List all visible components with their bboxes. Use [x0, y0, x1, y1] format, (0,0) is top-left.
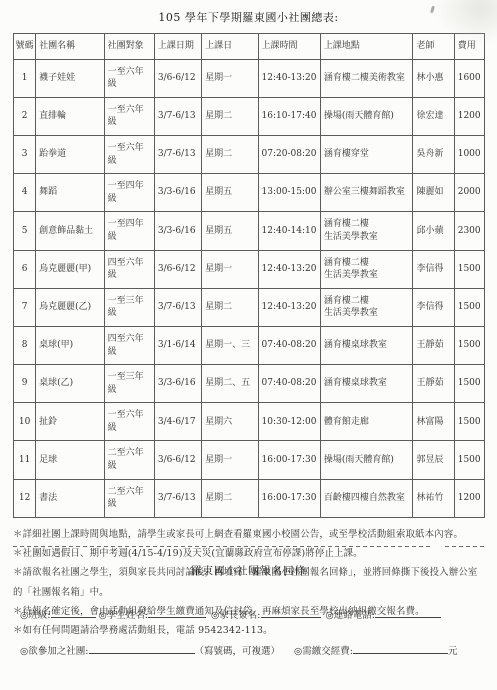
cell-teacher: 吳舟新 — [413, 135, 454, 173]
cell-dates: 3/6-6/12 — [154, 59, 201, 97]
club-choice-field-hint: （寫號碼，可複選） — [195, 646, 281, 657]
cell-fee: 1500 — [454, 365, 484, 403]
cell-weekday: 星期二 — [202, 135, 258, 173]
reply-form-row-2: ◎欲參加之社團:（寫號碼，可複選）◎需繳交經費:元 — [20, 643, 497, 657]
cell-number: 10 — [14, 403, 36, 441]
table-row: 11足球二至六年級3/6-6/12星期一16:00-17:30操場(雨天體育館)… — [14, 441, 485, 479]
cell-fee: 1600 — [454, 59, 484, 97]
cell-time: 07:20-08:20 — [258, 135, 320, 173]
cell-dates: 3/7-6/13 — [154, 479, 201, 517]
cell-number: 4 — [14, 174, 36, 212]
cell-number: 8 — [14, 326, 36, 364]
cell-target: 一至六年級 — [104, 59, 154, 97]
cell-fee: 1200 — [454, 479, 484, 517]
cell-club-name: 桌球(乙) — [36, 365, 104, 403]
cell-club-name: 襪子娃娃 — [36, 59, 104, 97]
cell-weekday: 星期一、三 — [202, 326, 258, 364]
col-header-teacher: 老師 — [413, 34, 454, 60]
col-header-dates: 上課日期 — [154, 34, 201, 60]
col-header-location: 上課地點 — [320, 34, 413, 60]
cell-club-name: 跆拳道 — [36, 135, 104, 173]
cell-target: 二至六年級 — [104, 479, 154, 517]
cell-teacher: 王靜茹 — [413, 365, 454, 403]
cell-target: 一至三年級 — [104, 365, 154, 403]
cell-teacher: 李信得 — [413, 288, 454, 326]
cell-fee: 2300 — [454, 212, 484, 250]
cell-weekday: 星期二 — [202, 97, 258, 135]
table-body: 1襪子娃娃一至六年級3/6-6/12星期一12:40-13:20涵育樓二樓美術教… — [14, 59, 485, 517]
cell-dates: 3/6-6/12 — [154, 441, 201, 479]
cell-teacher: 邱小蘋 — [413, 212, 454, 250]
reply-form-row-1: ◎班級:◎學生姓名:◎家長簽名:◎連絡電話: — [20, 607, 497, 621]
cell-location: 涵育樓二樓 生活美學教室 — [320, 250, 413, 288]
cell-target: 一至三年級 — [104, 288, 154, 326]
col-header-target: 社團對象 — [104, 34, 154, 60]
col-header-number: 號碼 — [14, 34, 36, 60]
cell-club-name: 書法 — [36, 479, 104, 517]
cell-number: 6 — [14, 250, 36, 288]
cell-dates: 3/3-6/16 — [154, 174, 201, 212]
cell-weekday: 星期二 — [202, 479, 258, 517]
student-name-blank-line — [148, 608, 206, 618]
table-row: 3跆拳道一至六年級3/7-6/13星期二07:20-08:20涵育樓穿堂吳舟新1… — [14, 135, 485, 173]
table-row: 4舞蹈一至四年級3/3-6/16星期五13:00-15:00辦公室三樓舞蹈教室陳… — [14, 174, 485, 212]
cell-dates: 3/6-6/12 — [154, 250, 201, 288]
cut-line-segment — [445, 545, 487, 547]
cell-dates: 3/3-6/16 — [154, 212, 201, 250]
table-row: 7烏克麗麗(乙)一至三年級3/7-6/13星期二12:40-13:20涵育樓二樓… — [14, 288, 485, 326]
parent-signature-blank-line — [261, 608, 321, 618]
cell-location: 涵育樓二樓 生活美學教室 — [320, 212, 413, 250]
cell-target: 一至六年級 — [104, 135, 154, 173]
cell-fee: 1500 — [454, 326, 484, 364]
cell-club-name: 直排輪 — [36, 97, 104, 135]
club-schedule-table: 號碼 社團名稱 社團對象 上課日期 上課日 上課時間 上課地點 老師 費用 1襪… — [13, 33, 485, 518]
cell-weekday: 星期六 — [202, 403, 258, 441]
cell-fee: 1500 — [454, 288, 484, 326]
page-title: 105 學年下學期羅東國小社團總表: — [0, 0, 497, 25]
cell-teacher: 林祐竹 — [413, 479, 454, 517]
contact-phone-field-label: ◎連絡電話: — [326, 610, 376, 621]
cell-location: 操場(雨天體育館) — [320, 97, 413, 135]
class-field-label: ◎班級: — [20, 610, 51, 621]
cell-location: 涵育樓穿堂 — [320, 135, 413, 173]
cell-weekday: 星期二、五 — [202, 365, 258, 403]
cell-club-name: 桌球(甲) — [36, 326, 104, 364]
cell-dates: 3/1-6/14 — [154, 326, 201, 364]
col-header-time: 上課時間 — [258, 34, 320, 60]
cell-dates: 3/3-6/16 — [154, 365, 201, 403]
class-blank-line — [51, 608, 96, 618]
cell-location: 涵育樓桌球教室 — [320, 326, 413, 364]
cell-teacher: 林富陽 — [413, 403, 454, 441]
cell-number: 3 — [14, 135, 36, 173]
cell-location: 百齡樓四樓自然教室 — [320, 479, 413, 517]
cell-club-name: 足球 — [36, 441, 104, 479]
fee-due-field-label: ◎需繳交經費: — [294, 646, 353, 657]
cell-number: 5 — [14, 212, 36, 250]
parent-signature-field-label: ◎家長簽名: — [211, 610, 261, 621]
reply-slip-section: 羅東國小社團報名回條 ◎班級:◎學生姓名:◎家長簽名:◎連絡電話: ◎欲參加之社… — [0, 541, 497, 690]
cell-target: 四至六年級 — [104, 250, 154, 288]
cell-dates: 3/4-6/17 — [154, 403, 201, 441]
cut-line — [13, 545, 487, 547]
cell-target: 一至四年級 — [104, 174, 154, 212]
cell-fee: 2000 — [454, 174, 484, 212]
cell-location: 體育館走廊 — [320, 403, 413, 441]
scanned-document-page: 105 學年下學期羅東國小社團總表: 號碼 社團名稱 社團對象 上課日期 上課日… — [0, 0, 497, 690]
cell-time: 07:40-08:20 — [258, 365, 320, 403]
cell-weekday: 星期一 — [202, 441, 258, 479]
club-choice-field-label: ◎欲參加之社團: — [20, 646, 89, 657]
cell-club-name: 扯鈴 — [36, 403, 104, 441]
cell-number: 2 — [14, 97, 36, 135]
cell-fee: 1200 — [454, 97, 484, 135]
cell-teacher: 王靜茹 — [413, 326, 454, 364]
cell-location: 涵育樓二樓美術教室 — [320, 59, 413, 97]
table-row: 1襪子娃娃一至六年級3/6-6/12星期一12:40-13:20涵育樓二樓美術教… — [14, 59, 485, 97]
cell-location: 辦公室三樓舞蹈教室 — [320, 174, 413, 212]
cell-dates: 3/7-6/13 — [154, 288, 201, 326]
table-row: 2直排輪一至六年級3/7-6/13星期二16:10-17:40操場(雨天體育館)… — [14, 97, 485, 135]
cell-time: 12:40-14:10 — [258, 212, 320, 250]
cell-target: 四至六年級 — [104, 326, 154, 364]
fee-unit-label: 元 — [448, 646, 458, 657]
cell-number: 1 — [14, 59, 36, 97]
cell-time: 13:00-15:00 — [258, 174, 320, 212]
cell-location: 涵育樓二樓 生活美學教室 — [320, 288, 413, 326]
cell-club-name: 創意飾品黏土 — [36, 212, 104, 250]
fee-due-blank-line — [353, 644, 448, 654]
cell-teacher: 陳麗如 — [413, 174, 454, 212]
cell-dates: 3/7-6/13 — [154, 135, 201, 173]
cell-time: 12:40-13:20 — [258, 59, 320, 97]
cell-time: 10:30-12:00 — [258, 403, 320, 441]
table-row: 10扯鈴一至六年級3/4-6/17星期六10:30-12:00體育館走廊林富陽1… — [14, 403, 485, 441]
table-row: 6烏克麗麗(甲)四至六年級3/6-6/12星期一12:40-13:20涵育樓二樓… — [14, 250, 485, 288]
cell-fee: 1500 — [454, 441, 484, 479]
student-name-field-label: ◎學生姓名: — [99, 610, 149, 621]
cut-line-segment — [13, 545, 432, 547]
cell-target: 一至六年級 — [104, 97, 154, 135]
col-header-club-name: 社團名稱 — [36, 34, 104, 60]
col-header-weekday: 上課日 — [202, 34, 258, 60]
cell-club-name: 烏克麗麗(甲) — [36, 250, 104, 288]
table-row: 9桌球(乙)一至三年級3/3-6/16星期二、五07:40-08:20涵育樓桌球… — [14, 365, 485, 403]
cell-weekday: 星期一 — [202, 250, 258, 288]
cell-number: 11 — [14, 441, 36, 479]
cell-teacher: 郭昱辰 — [413, 441, 454, 479]
reply-slip-title: 羅東國小社團報名回條 — [0, 563, 497, 578]
contact-phone-blank-line — [375, 608, 441, 618]
cell-club-name: 烏克麗麗(乙) — [36, 288, 104, 326]
cell-time: 16:00-17:30 — [258, 479, 320, 517]
cell-teacher: 徐宏達 — [413, 97, 454, 135]
cell-target: 二至六年級 — [104, 441, 154, 479]
cell-target: 一至四年級 — [104, 212, 154, 250]
cell-weekday: 星期五 — [202, 174, 258, 212]
cell-time: 07:40-08:20 — [258, 326, 320, 364]
table-row: 12書法二至六年級3/7-6/13星期二16:00-17:30百齡樓四樓自然教室… — [14, 479, 485, 517]
cell-number: 7 — [14, 288, 36, 326]
cell-dates: 3/7-6/13 — [154, 97, 201, 135]
cell-fee: 1000 — [454, 135, 484, 173]
cell-teacher: 林小惠 — [413, 59, 454, 97]
cell-fee: 1500 — [454, 250, 484, 288]
cell-location: 涵育樓桌球教室 — [320, 365, 413, 403]
cell-time: 12:40-13:20 — [258, 250, 320, 288]
cell-weekday: 星期一 — [202, 59, 258, 97]
cell-club-name: 舞蹈 — [36, 174, 104, 212]
table-header-row: 號碼 社團名稱 社團對象 上課日期 上課日 上課時間 上課地點 老師 費用 — [14, 34, 485, 60]
cell-time: 16:00-17:30 — [258, 441, 320, 479]
table-row: 5創意飾品黏土一至四年級3/3-6/16星期五12:40-14:10涵育樓二樓 … — [14, 212, 485, 250]
table-row: 8桌球(甲)四至六年級3/1-6/14星期一、三07:40-08:20涵育樓桌球… — [14, 326, 485, 364]
club-choice-blank-line — [89, 644, 195, 654]
cell-number: 12 — [14, 479, 36, 517]
cell-weekday: 星期五 — [202, 212, 258, 250]
cell-location: 操場(雨天體育館) — [320, 441, 413, 479]
cell-fee: 1500 — [454, 403, 484, 441]
cell-number: 9 — [14, 365, 36, 403]
cell-time: 12:40-13:20 — [258, 288, 320, 326]
cell-time: 16:10-17:40 — [258, 97, 320, 135]
cell-teacher: 李信得 — [413, 250, 454, 288]
cell-weekday: 星期二 — [202, 288, 258, 326]
cell-target: 一至六年級 — [104, 403, 154, 441]
